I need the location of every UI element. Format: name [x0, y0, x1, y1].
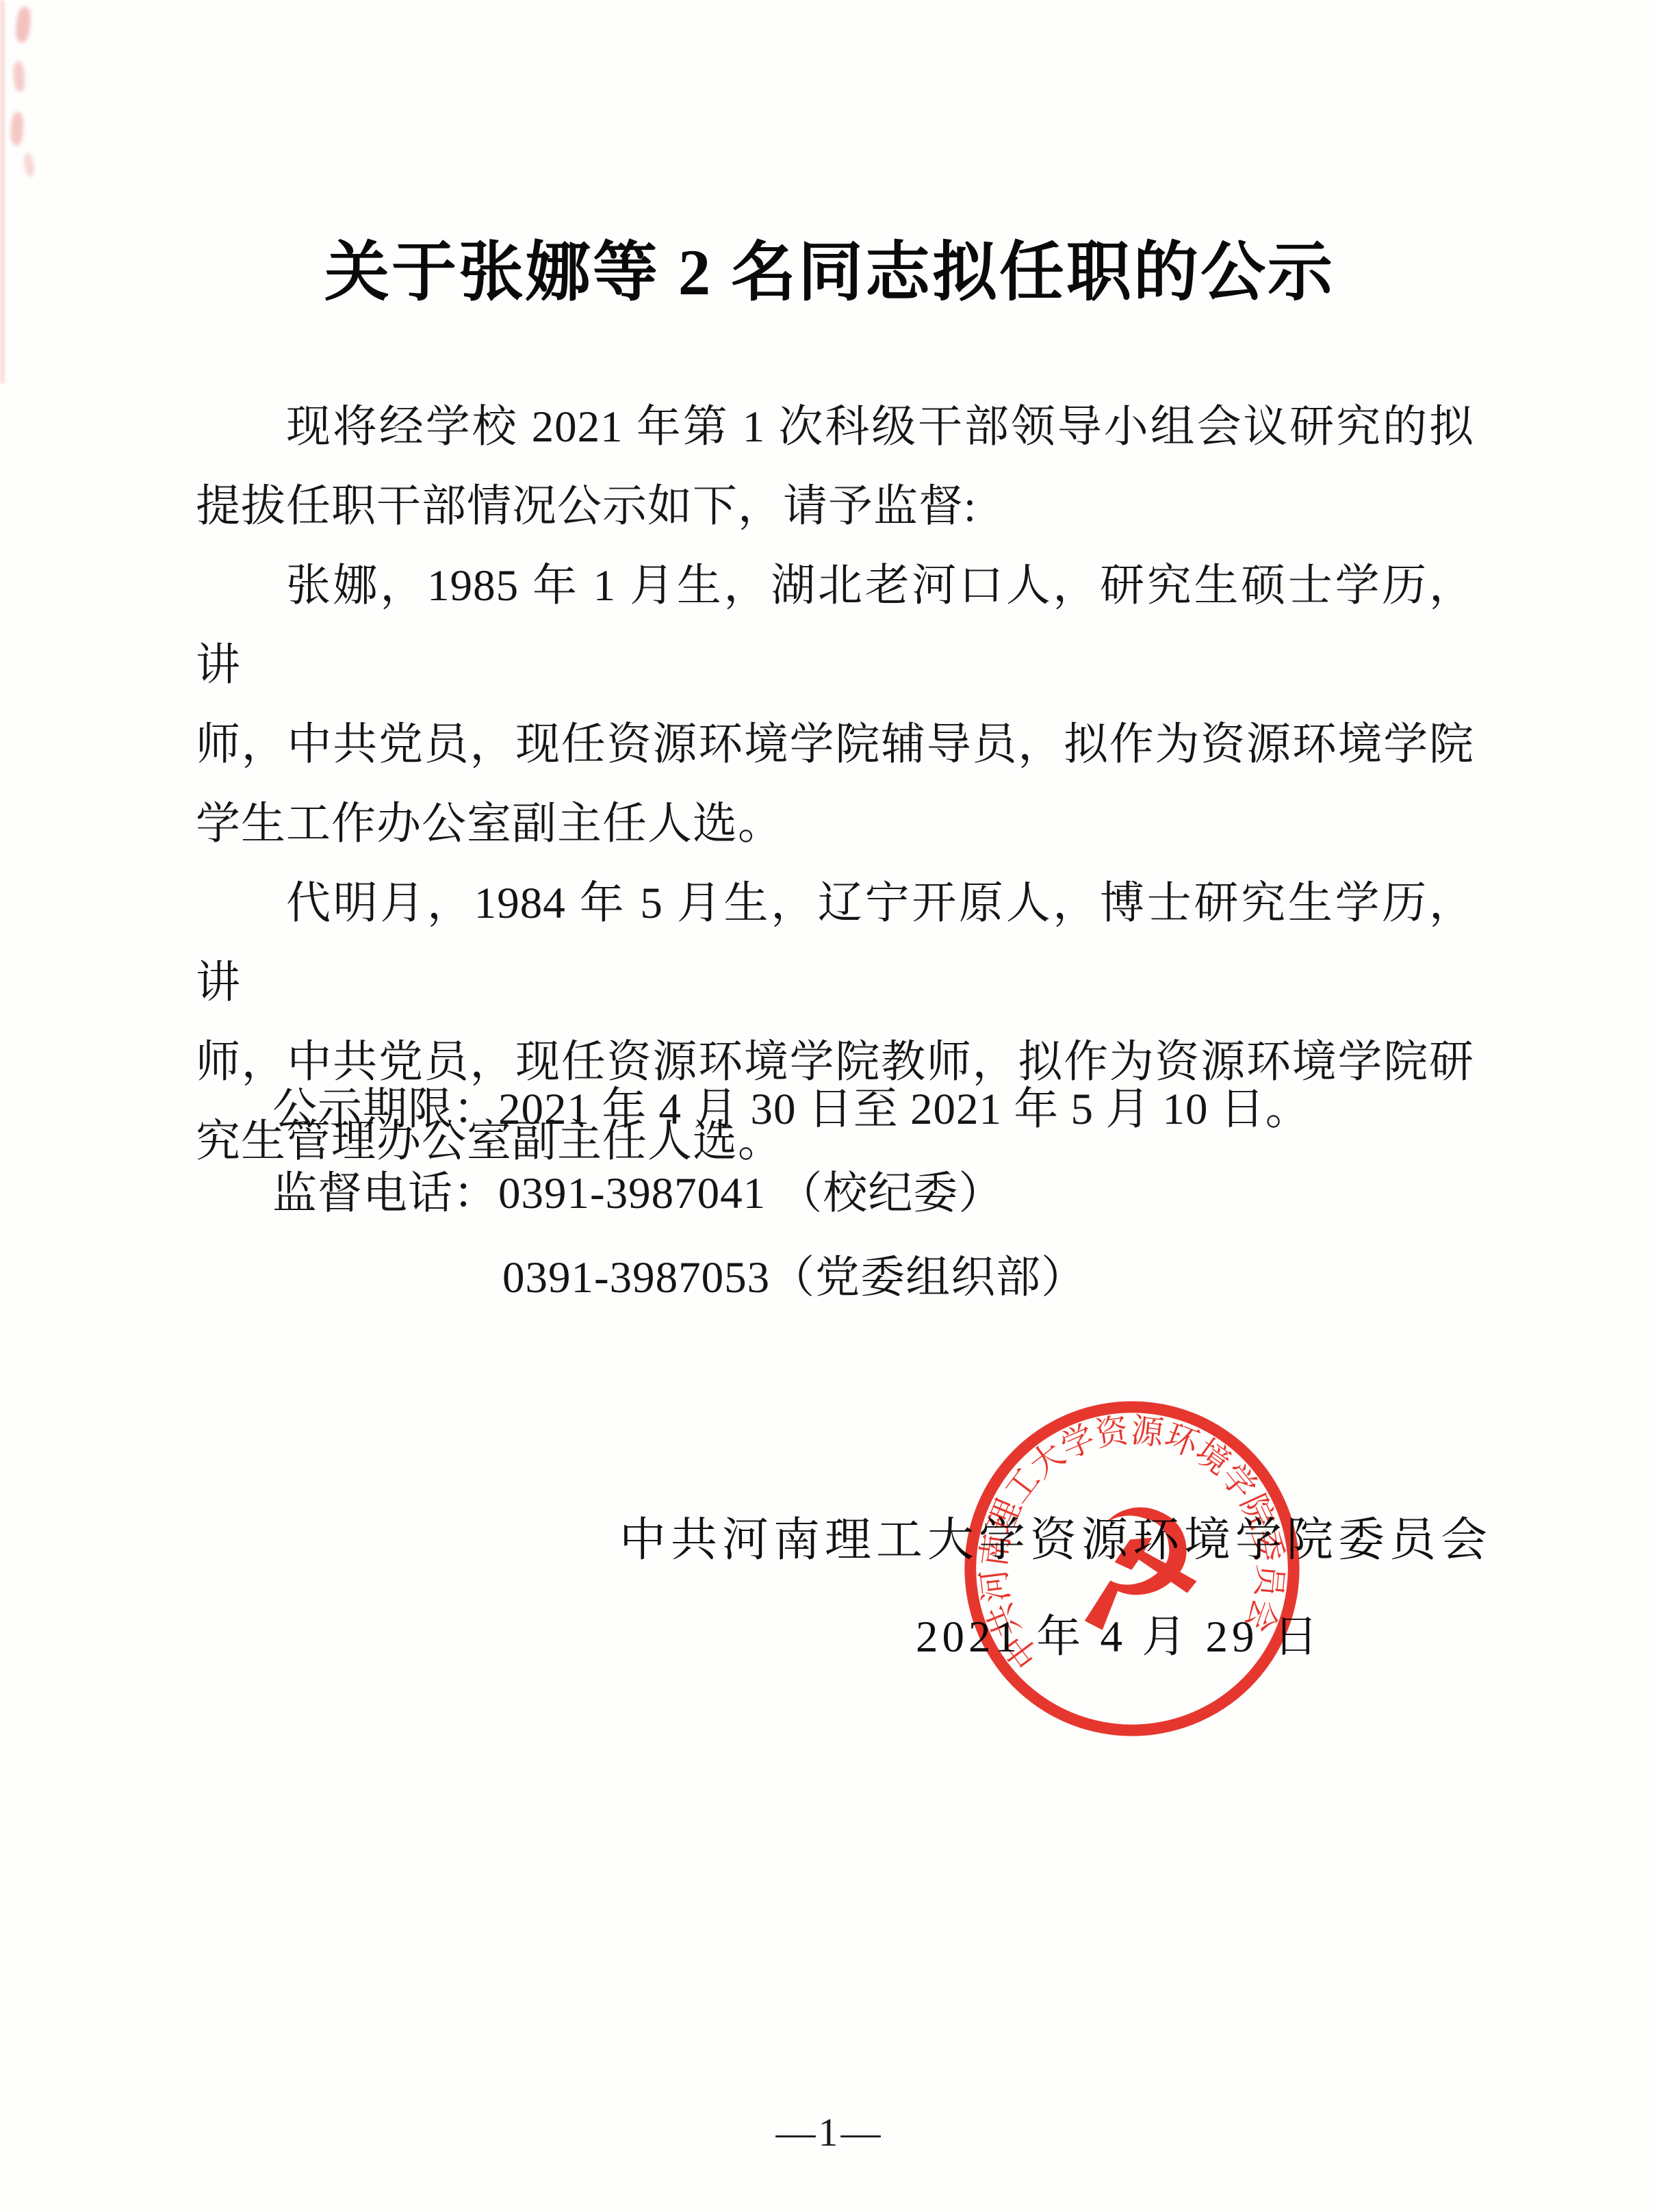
- scan-red-mark: [23, 153, 36, 177]
- notice-period-line: 公示期限：2021 年 4 月 30 日至 2021 年 5 月 10 日。: [196, 1068, 1474, 1152]
- body-line: 师，中共党员，现任资源环境学院辅导员，拟作为资源环境学院: [196, 705, 1474, 784]
- body-line: 学生工作办公室副主任人选。: [196, 784, 1474, 864]
- scan-red-mark: [10, 112, 24, 146]
- body-line: 代明月，1984 年 5 月生，辽宁开原人，博士研究生学历，讲: [196, 864, 1474, 1023]
- scan-edge-artifact: [0, 0, 5, 383]
- scan-red-mark: [12, 61, 25, 92]
- page-number: —1—: [0, 2109, 1659, 2155]
- notice-block: 公示期限：2021 年 4 月 30 日至 2021 年 5 月 10 日。 监…: [196, 1068, 1474, 1320]
- scan-red-mark: [14, 6, 31, 43]
- document-body: 现将经学校 2021 年第 1 次科级干部领导小组会议研究的拟 提拔任职干部情况…: [196, 387, 1474, 1181]
- document-title: 关于张娜等 2 名同志拟任职的公示: [0, 220, 1659, 313]
- document-page: 关于张娜等 2 名同志拟任职的公示 现将经学校 2021 年第 1 次科级干部领…: [0, 0, 1659, 2212]
- issuing-committee-signature: 中共河南理工大学资源环境学院委员会: [619, 1503, 1492, 1569]
- body-line: 张娜，1985 年 1 月生，湖北老河口人，研究生硕士学历，讲: [196, 546, 1474, 705]
- supervision-phone-line-2: 0391-3987053（党委组织部）: [196, 1236, 1474, 1320]
- supervision-phone-line: 监督电话：0391-3987041 （校纪委）: [196, 1152, 1474, 1236]
- document-date: 2021 年 4 月 29 日: [916, 1600, 1322, 1664]
- body-line: 现将经学校 2021 年第 1 次科级干部领导小组会议研究的拟: [196, 387, 1474, 467]
- body-line: 提拔任职干部情况公示如下，请予监督:: [196, 467, 1474, 546]
